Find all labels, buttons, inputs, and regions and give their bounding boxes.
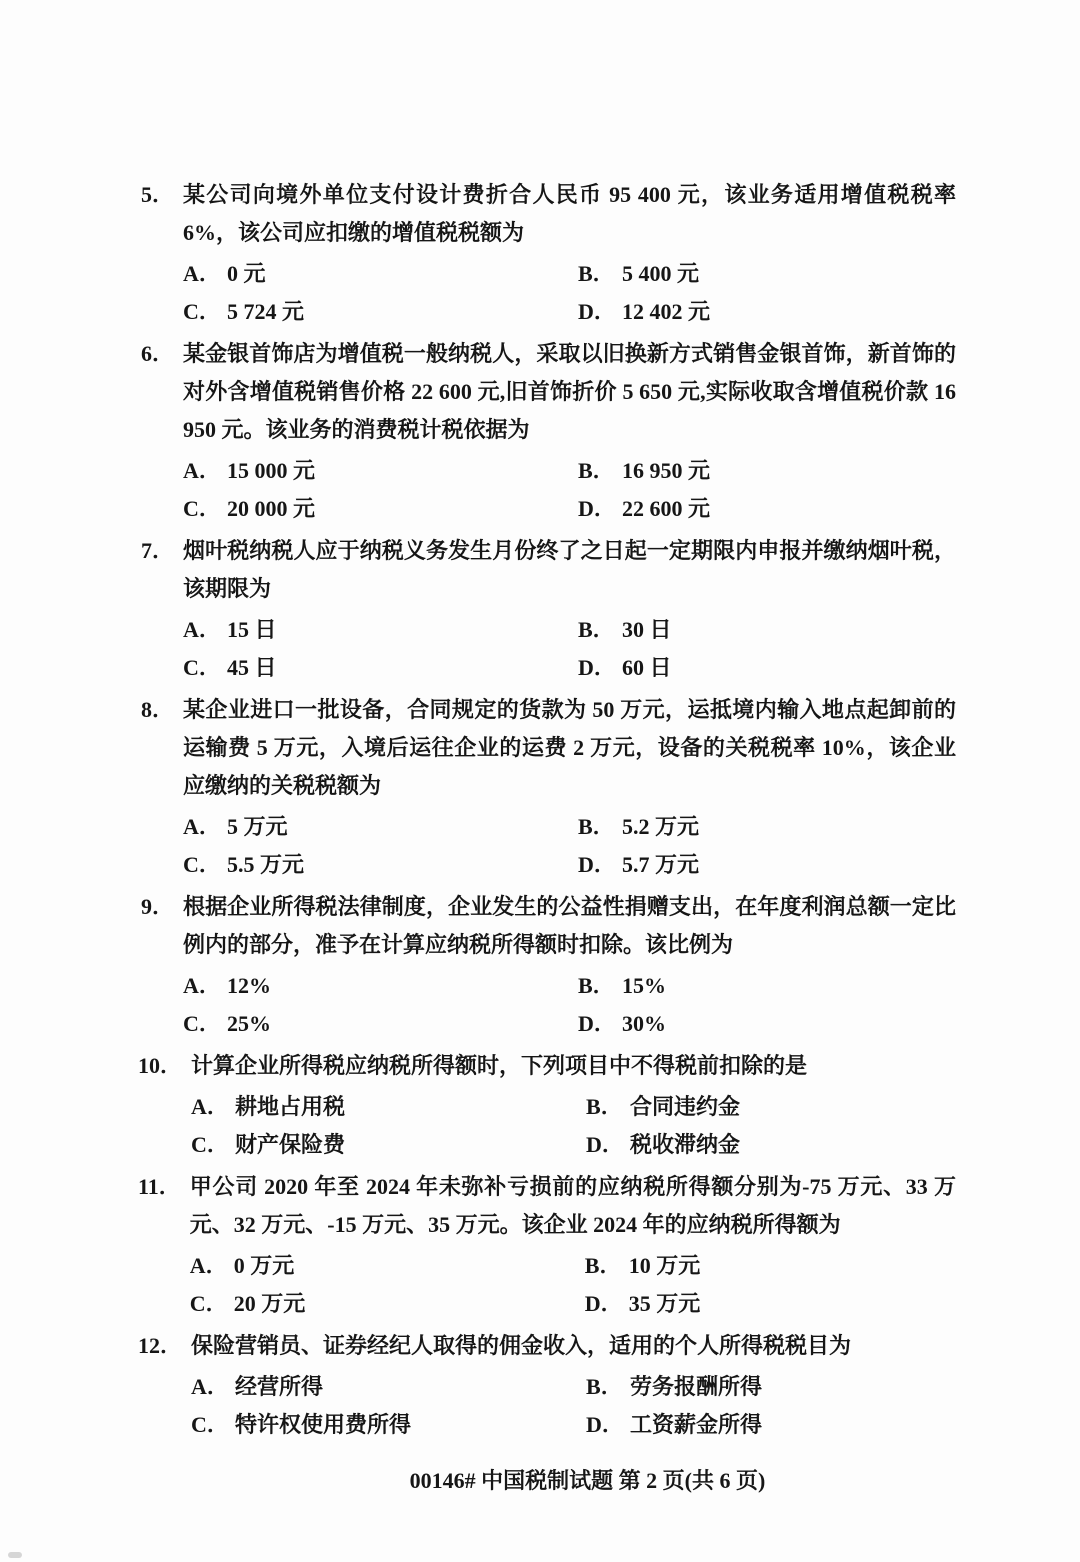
question-item-12: 12． 保险营销员、证券经纪人取得的佣金收入，适用的个人所得税税目为 A．经营所…	[138, 1327, 956, 1444]
question-item-6: 6． 某金银首饰店为增值税一般纳税人，采取以旧换新方式销售金银首饰，新首饰的对外…	[138, 335, 956, 528]
option-a: A．15 日	[183, 611, 578, 649]
question-item-9: 9． 根据企业所得税法律制度，企业发生的公益性捐赠支出，在年度利润总额一定比例内…	[138, 888, 956, 1043]
option-label: A．	[190, 1247, 234, 1285]
options-grid: A．15 日 B．30 日 C．45 日 D．60 日	[183, 611, 956, 687]
options-grid: A．5 万元 B．5.2 万元 C．5.5 万元 D．5.7 万元	[183, 808, 956, 884]
option-text: 5 400 元	[622, 261, 699, 286]
option-label: C．	[190, 1285, 234, 1323]
question-body: 甲公司 2020 年至 2024 年未弥补亏损前的应纳税所得额分别为-75 万元…	[190, 1168, 956, 1323]
options-grid: A．耕地占用税 B．合同违约金 C．财产保险费 D．税收滞纳金	[191, 1088, 956, 1164]
question-body: 烟叶税纳税人应于纳税义务发生月份终了之日起一定期限内申报并缴纳烟叶税，该期限为 …	[183, 532, 956, 687]
scan-artifact	[8, 1552, 22, 1558]
option-text: 经营所得	[235, 1374, 323, 1399]
option-d: D．工资薪金所得	[586, 1406, 956, 1444]
option-label: A．	[183, 611, 227, 649]
option-c: C．5.5 万元	[183, 846, 578, 884]
option-label: D．	[578, 490, 622, 528]
option-label: B．	[578, 967, 622, 1005]
question-body: 根据企业所得税法律制度，企业发生的公益性捐赠支出，在年度利润总额一定比例内的部分…	[183, 888, 956, 1043]
option-label: C．	[183, 490, 227, 528]
question-body: 某金银首饰店为增值税一般纳税人，采取以旧换新方式销售金银首饰，新首饰的对外含增值…	[183, 335, 956, 528]
question-text: 某公司向境外单位支付设计费折合人民币 95 400 元，该业务适用增值税税率 6…	[183, 176, 956, 252]
option-c: C．特许权使用费所得	[191, 1406, 586, 1444]
options-grid: A．0 元 B．5 400 元 C．5 724 元 D．12 402 元	[183, 255, 956, 331]
option-label: A．	[183, 452, 227, 490]
option-c: C．45 日	[183, 649, 578, 687]
option-b: B．30 日	[578, 611, 956, 649]
option-text: 5.5 万元	[227, 852, 304, 877]
option-text: 60 日	[622, 655, 672, 680]
question-body: 某企业进口一批设备，合同规定的货款为 50 万元，运抵境内输入地点起卸前的运输费…	[183, 691, 956, 884]
option-text: 工资薪金所得	[630, 1412, 762, 1437]
option-c: C．5 724 元	[183, 293, 578, 331]
option-label: C．	[191, 1126, 235, 1164]
option-text: 15%	[622, 973, 666, 998]
option-label: D．	[578, 293, 622, 331]
option-b: B．16 950 元	[578, 452, 956, 490]
question-text: 烟叶税纳税人应于纳税义务发生月份终了之日起一定期限内申报并缴纳烟叶税，该期限为	[183, 532, 956, 608]
question-item-10: 10． 计算企业所得税应纳税所得额时，下列项目中不得税前扣除的是 A．耕地占用税…	[138, 1047, 956, 1164]
option-label: D．	[578, 1005, 622, 1043]
option-label: A．	[191, 1368, 235, 1406]
option-text: 0 万元	[234, 1253, 295, 1278]
option-label: D．	[586, 1126, 630, 1164]
option-b: B．10 万元	[585, 1247, 956, 1285]
question-number: 10．	[138, 1047, 191, 1164]
option-d: D．12 402 元	[578, 293, 956, 331]
option-label: D．	[585, 1285, 629, 1323]
option-label: A．	[183, 967, 227, 1005]
option-label: B．	[578, 255, 622, 293]
option-text: 劳务报酬所得	[630, 1374, 762, 1399]
question-text: 某金银首饰店为增值税一般纳税人，采取以旧换新方式销售金银首饰，新首饰的对外含增值…	[183, 335, 956, 449]
option-text: 30%	[622, 1011, 666, 1036]
page-footer: 00146# 中国税制试题 第 2 页(共 6 页)	[0, 1462, 1080, 1500]
option-text: 税收滞纳金	[630, 1132, 740, 1157]
option-text: 35 万元	[629, 1291, 701, 1316]
question-number: 8．	[138, 691, 183, 884]
option-label: D．	[578, 649, 622, 687]
option-d: D．35 万元	[585, 1285, 956, 1323]
option-text: 合同违约金	[630, 1094, 740, 1119]
option-c: C．20 万元	[190, 1285, 585, 1323]
option-c: C．25%	[183, 1005, 578, 1043]
question-body: 保险营销员、证券经纪人取得的佣金收入，适用的个人所得税税目为 A．经营所得 B．…	[191, 1327, 956, 1444]
question-text: 根据企业所得税法律制度，企业发生的公益性捐赠支出，在年度利润总额一定比例内的部分…	[183, 888, 956, 964]
option-d: D．60 日	[578, 649, 956, 687]
option-a: A．15 000 元	[183, 452, 578, 490]
options-grid: A．经营所得 B．劳务报酬所得 C．特许权使用费所得 D．工资薪金所得	[191, 1368, 956, 1444]
option-label: C．	[191, 1406, 235, 1444]
question-text: 甲公司 2020 年至 2024 年未弥补亏损前的应纳税所得额分别为-75 万元…	[190, 1168, 956, 1244]
option-label: B．	[578, 808, 622, 846]
option-a: A．12%	[183, 967, 578, 1005]
option-text: 20 000 元	[227, 496, 315, 521]
option-text: 5 724 元	[227, 299, 304, 324]
option-d: D．30%	[578, 1005, 956, 1043]
options-grid: A．12% B．15% C．25% D．30%	[183, 967, 956, 1043]
option-text: 12 402 元	[622, 299, 710, 324]
question-number: 9．	[138, 888, 183, 1043]
option-a: A．耕地占用税	[191, 1088, 586, 1126]
option-text: 0 元	[227, 261, 266, 286]
option-text: 30 日	[622, 617, 672, 642]
option-text: 10 万元	[629, 1253, 701, 1278]
question-item-7: 7． 烟叶税纳税人应于纳税义务发生月份终了之日起一定期限内申报并缴纳烟叶税，该期…	[138, 532, 956, 687]
option-b: B．15%	[578, 967, 956, 1005]
question-item-8: 8． 某企业进口一批设备，合同规定的货款为 50 万元，运抵境内输入地点起卸前的…	[138, 691, 956, 884]
option-text: 15 000 元	[227, 458, 315, 483]
question-body: 计算企业所得税应纳税所得额时，下列项目中不得税前扣除的是 A．耕地占用税 B．合…	[191, 1047, 956, 1164]
option-text: 16 950 元	[622, 458, 710, 483]
option-label: C．	[183, 846, 227, 884]
option-text: 财产保险费	[235, 1132, 345, 1157]
question-number: 11．	[138, 1168, 190, 1323]
option-d: D．税收滞纳金	[586, 1126, 956, 1164]
question-number: 6．	[138, 335, 183, 528]
option-text: 耕地占用税	[235, 1094, 345, 1119]
option-a: A．5 万元	[183, 808, 578, 846]
option-label: B．	[585, 1247, 629, 1285]
option-label: A．	[183, 255, 227, 293]
exam-paper-page: 5． 某公司向境外单位支付设计费折合人民币 95 400 元，该业务适用增值税税…	[0, 0, 1080, 1562]
option-label: C．	[183, 293, 227, 331]
option-a: A．0 万元	[190, 1247, 585, 1285]
option-b: B．劳务报酬所得	[586, 1368, 956, 1406]
option-text: 5 万元	[227, 814, 288, 839]
questions-list: 5． 某公司向境外单位支付设计费折合人民币 95 400 元，该业务适用增值税税…	[138, 176, 956, 1448]
option-b: B．5.2 万元	[578, 808, 956, 846]
option-label: C．	[183, 1005, 227, 1043]
question-text: 计算企业所得税应纳税所得额时，下列项目中不得税前扣除的是	[191, 1047, 956, 1085]
option-text: 12%	[227, 973, 271, 998]
option-label: B．	[578, 452, 622, 490]
option-text: 25%	[227, 1011, 271, 1036]
option-b: B．合同违约金	[586, 1088, 956, 1126]
question-number: 5．	[138, 176, 183, 331]
option-label: B．	[578, 611, 622, 649]
question-number: 7．	[138, 532, 183, 687]
option-label: B．	[586, 1088, 630, 1126]
option-label: B．	[586, 1368, 630, 1406]
option-c: C．财产保险费	[191, 1126, 586, 1164]
option-b: B．5 400 元	[578, 255, 956, 293]
question-text: 保险营销员、证券经纪人取得的佣金收入，适用的个人所得税税目为	[191, 1327, 956, 1365]
option-text: 45 日	[227, 655, 277, 680]
option-text: 15 日	[227, 617, 277, 642]
option-label: A．	[191, 1088, 235, 1126]
question-number: 12．	[138, 1327, 191, 1444]
option-c: C．20 000 元	[183, 490, 578, 528]
options-grid: A．0 万元 B．10 万元 C．20 万元 D．35 万元	[190, 1247, 956, 1323]
option-text: 5.2 万元	[622, 814, 699, 839]
question-body: 某公司向境外单位支付设计费折合人民币 95 400 元，该业务适用增值税税率 6…	[183, 176, 956, 331]
option-text: 5.7 万元	[622, 852, 699, 877]
option-label: D．	[578, 846, 622, 884]
option-d: D．22 600 元	[578, 490, 956, 528]
option-label: C．	[183, 649, 227, 687]
option-d: D．5.7 万元	[578, 846, 956, 884]
option-a: A．0 元	[183, 255, 578, 293]
options-grid: A．15 000 元 B．16 950 元 C．20 000 元 D．22 60…	[183, 452, 956, 528]
option-label: A．	[183, 808, 227, 846]
question-item-5: 5． 某公司向境外单位支付设计费折合人民币 95 400 元，该业务适用增值税税…	[138, 176, 956, 331]
question-item-11: 11． 甲公司 2020 年至 2024 年未弥补亏损前的应纳税所得额分别为-7…	[138, 1168, 956, 1323]
option-a: A．经营所得	[191, 1368, 586, 1406]
option-label: D．	[586, 1406, 630, 1444]
question-text: 某企业进口一批设备，合同规定的货款为 50 万元，运抵境内输入地点起卸前的运输费…	[183, 691, 956, 805]
option-text: 22 600 元	[622, 496, 710, 521]
option-text: 特许权使用费所得	[235, 1412, 411, 1437]
option-text: 20 万元	[234, 1291, 306, 1316]
